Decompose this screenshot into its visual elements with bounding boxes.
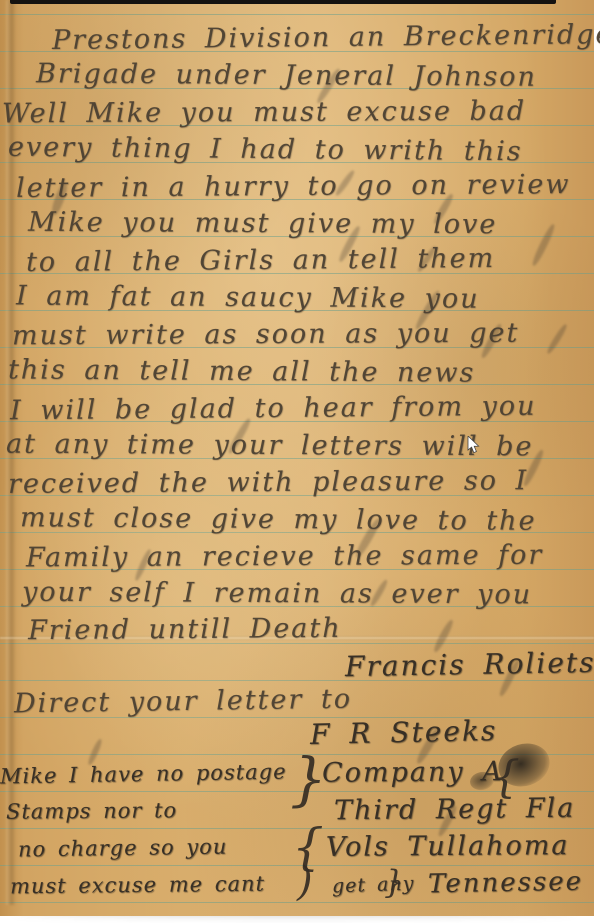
- signature: Francis Roliets: [345, 646, 596, 683]
- letter-line: Friend untill Death: [28, 613, 342, 646]
- direct-line: Direct your letter to: [14, 684, 352, 720]
- brace-mark: }: [384, 866, 404, 898]
- letter-line: Mike you must give my love: [28, 207, 497, 240]
- letter-line: received the with pleasure so I: [8, 465, 528, 500]
- address-line: Tennessee: [428, 867, 584, 900]
- letter-line: at any time your letters will be: [6, 429, 534, 463]
- letter-line: must close give my love to the: [20, 502, 537, 537]
- address-line: Third Regt Fla: [334, 793, 576, 827]
- margin-note-line: Stamps nor to: [6, 798, 177, 823]
- scan-edge-strip: [10, 0, 556, 4]
- letter-line: I will be glad to hear from you: [10, 391, 537, 427]
- letter-line: I am fat an saucy Mike you: [16, 280, 480, 314]
- mouse-cursor: [467, 436, 480, 458]
- letter-line: Family an recieve the same for: [26, 540, 543, 574]
- letter-line: your self I remain as ever you: [22, 577, 532, 611]
- brace-mark: }: [290, 750, 327, 808]
- letter-line: must write as soon as you get: [12, 318, 520, 352]
- letter-line: Well Mike you must excuse bad: [2, 96, 526, 130]
- letter-line: every thing I had to writh this: [8, 132, 523, 167]
- letter-line: Brigade under Jeneral Johnson: [36, 58, 537, 92]
- address-line: Company A: [322, 756, 504, 789]
- cursor-arrow-icon: [467, 436, 480, 454]
- margin-note-line: Mike I have no postage: [0, 760, 287, 789]
- address-line: Vols Tullahoma: [326, 830, 570, 863]
- brace-mark: {: [492, 756, 520, 800]
- margin-note-line: no charge so you: [18, 835, 228, 862]
- address-line: F R Steeks: [310, 714, 498, 751]
- letter-line: letter in a hurry to go on review: [16, 169, 571, 204]
- margin-note-line: must excuse me cant: [10, 872, 265, 899]
- letter-line: this an tell me all the news: [8, 354, 476, 388]
- letter-line: Prestons Division an Breckenridge: [52, 19, 600, 56]
- letter-line: to all the Girls an tell them: [26, 243, 495, 278]
- brace-mark: ): [297, 862, 313, 902]
